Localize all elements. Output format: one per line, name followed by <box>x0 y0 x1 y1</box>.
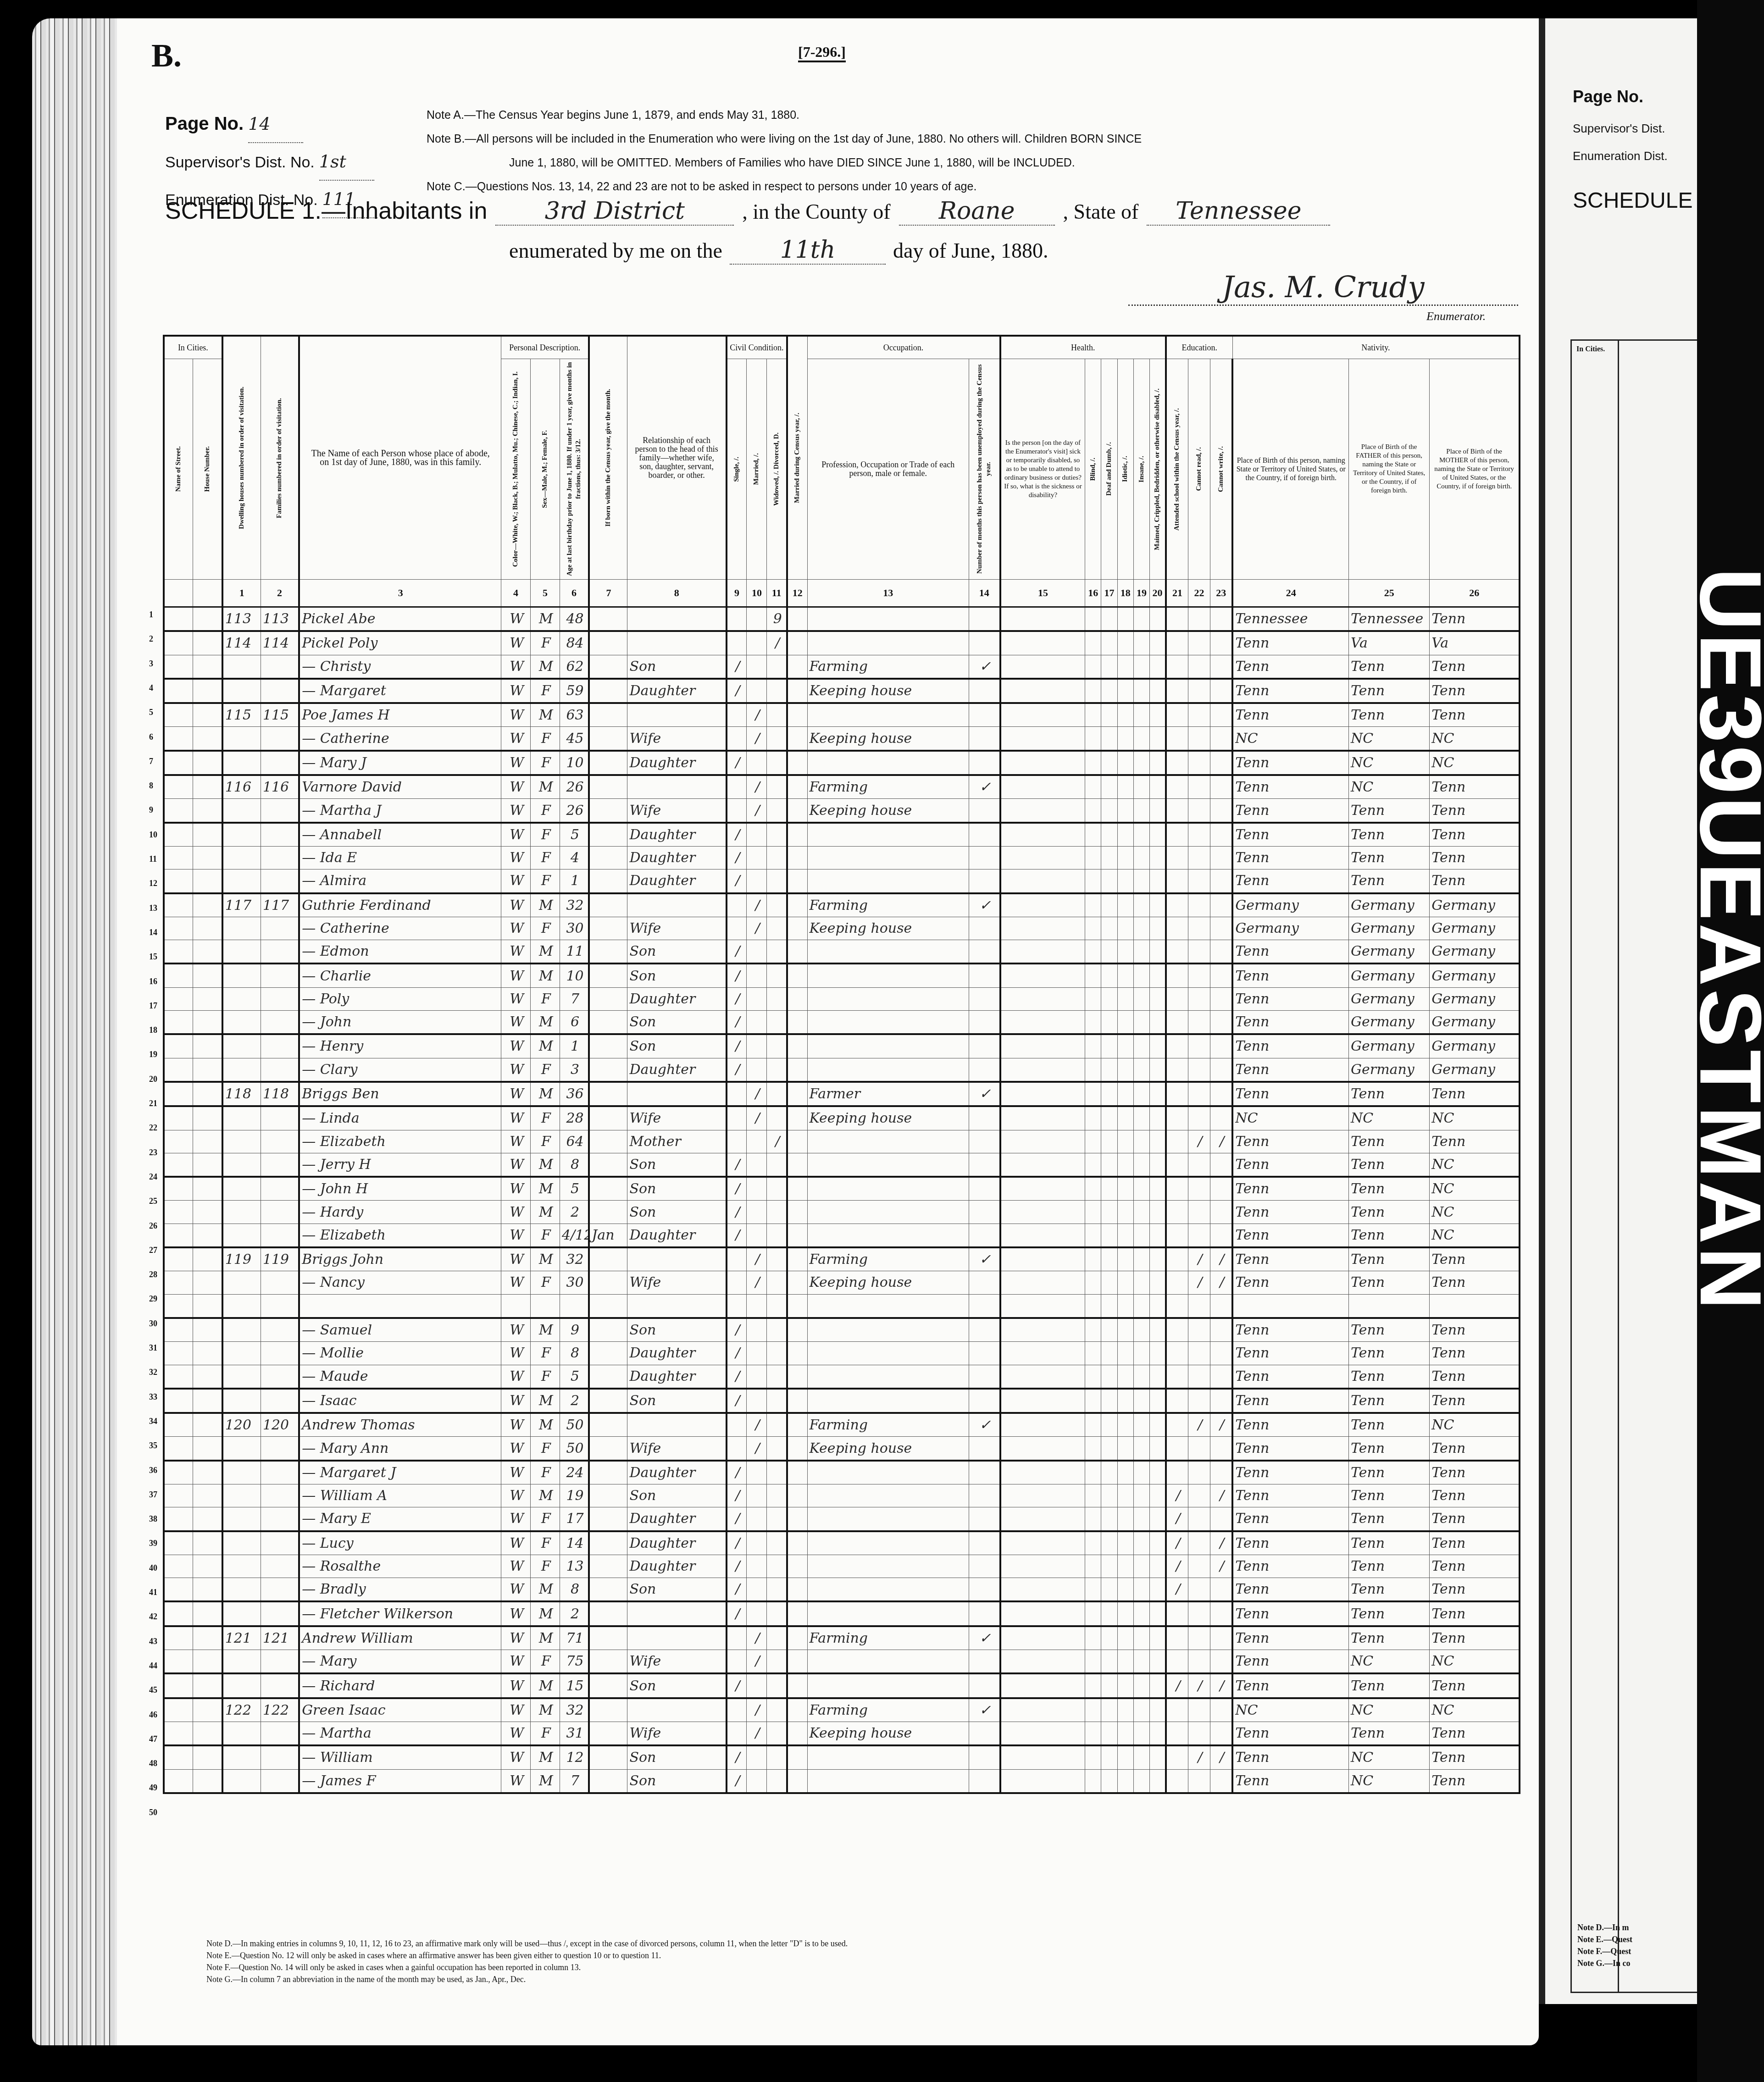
table-row: — WilliamWM12Son///TennNCTenn <box>164 1745 1520 1769</box>
cell-insane <box>1133 1247 1149 1271</box>
cell-single: / <box>727 751 747 775</box>
cell-born <box>589 679 627 703</box>
cell-occ <box>807 869 969 893</box>
cell-blind <box>1085 1601 1101 1626</box>
cell-single: / <box>727 1389 747 1413</box>
cell-blind <box>1085 1201 1101 1224</box>
table-row: — MaryWF75Wife/TennNCNC <box>164 1650 1520 1674</box>
cell-mdy <box>787 987 807 1010</box>
cell-street <box>164 1247 193 1271</box>
table-row: — William AWM19Son///TennTennTenn <box>164 1484 1520 1507</box>
cell-fam <box>261 940 299 964</box>
cell-name: Varnore David <box>299 775 501 799</box>
col-20-header: Maimed, Crippled, Bedridden, or otherwis… <box>1150 359 1166 580</box>
cell-street <box>164 1578 193 1602</box>
cell-sch <box>1166 1058 1188 1082</box>
cell-blind <box>1085 751 1101 775</box>
note-e: Note E.—Question No. 12 will only be ask… <box>206 1949 848 1961</box>
cell-pob_f: NC <box>1349 1106 1430 1130</box>
cell-read <box>1188 799 1210 823</box>
cell-mdy <box>787 1601 807 1626</box>
cell-fam <box>261 655 299 679</box>
table-row: — ChristyWM62Son/Farming✓TennTennTenn <box>164 655 1520 679</box>
cell-pob_m: Tenn <box>1430 1626 1520 1650</box>
cell-dw: 120 <box>222 1413 261 1437</box>
cell-write: / <box>1210 1745 1232 1769</box>
cell-married: / <box>747 1650 767 1674</box>
cell-write: / <box>1210 1555 1232 1578</box>
cell-sick <box>1000 1650 1085 1674</box>
cell-mdy <box>787 917 807 940</box>
cell-sex <box>531 1294 560 1318</box>
cell-occ: Keeping house <box>807 1722 969 1745</box>
cell-read <box>1188 1153 1210 1177</box>
line-number: 6 <box>149 732 153 742</box>
cell-name: — Poly <box>299 987 501 1010</box>
cell-sex: F <box>531 1650 560 1674</box>
cell-unemp <box>969 631 1000 655</box>
cell-widowed <box>767 1106 787 1130</box>
cell-dw <box>222 1224 261 1247</box>
cell-sch <box>1166 1106 1188 1130</box>
cell-pob: Tenn <box>1232 869 1348 893</box>
cell-idiot <box>1117 987 1133 1010</box>
cell-insane <box>1133 1318 1149 1342</box>
cell-maimed <box>1150 1082 1166 1106</box>
cell-single: / <box>727 655 747 679</box>
cell-name: — Rosalthe <box>299 1555 501 1578</box>
day-suffix: day of June, 1880. <box>893 238 1048 263</box>
cell-color: W <box>501 1578 531 1602</box>
line-number: 14 <box>149 928 157 937</box>
cell-street <box>164 751 193 775</box>
note-g: Note G.—In column 7 an abbreviation in t… <box>206 1973 848 1985</box>
cell-blind <box>1085 1294 1101 1318</box>
cell-married <box>747 1578 767 1602</box>
cell-maimed <box>1150 631 1166 655</box>
cell-sick <box>1000 1201 1085 1224</box>
cell-pob_f: Germany <box>1349 940 1430 964</box>
cell-sch <box>1166 917 1188 940</box>
cell-born <box>589 775 627 799</box>
cell-married: / <box>747 703 767 727</box>
cell-maimed <box>1150 1247 1166 1271</box>
cell-unemp <box>969 1177 1000 1201</box>
cell-pob: Tenn <box>1232 940 1348 964</box>
cell-sex: M <box>531 1034 560 1058</box>
cell-color: W <box>501 1247 531 1271</box>
cell-pob_m: NC <box>1430 751 1520 775</box>
cell-born <box>589 1034 627 1058</box>
line-number: 33 <box>149 1392 157 1402</box>
cell-sex: M <box>531 963 560 987</box>
line-number: 31 <box>149 1343 157 1353</box>
cell-house <box>193 846 222 869</box>
cell-born <box>589 703 627 727</box>
cell-house <box>193 1130 222 1153</box>
cell-unemp: ✓ <box>969 1413 1000 1437</box>
cell-insane <box>1133 846 1149 869</box>
cell-pob: Tenn <box>1232 1413 1348 1437</box>
cell-insane <box>1133 1106 1149 1130</box>
cell-fam <box>261 1769 299 1793</box>
cell-sch <box>1166 1461 1188 1484</box>
cell-occ <box>807 963 969 987</box>
cell-born <box>589 1601 627 1626</box>
cell-sex: F <box>531 1342 560 1365</box>
cell-house <box>193 1318 222 1342</box>
cell-street <box>164 1601 193 1626</box>
cell-age: 50 <box>560 1437 589 1461</box>
cell-widowed <box>767 1722 787 1745</box>
cell-deaf <box>1101 1365 1117 1389</box>
cell-maimed <box>1150 1626 1166 1650</box>
cell-pob: Tenn <box>1232 1011 1348 1035</box>
cell-read <box>1188 1626 1210 1650</box>
cell-rel <box>627 1413 727 1437</box>
cell-pob: Tenn <box>1232 1673 1348 1698</box>
cell-dw: 113 <box>222 607 261 631</box>
cell-pob_f: Tenn <box>1349 1626 1430 1650</box>
cell-sick <box>1000 1177 1085 1201</box>
cell-idiot <box>1117 1461 1133 1484</box>
cell-mdy <box>787 1365 807 1389</box>
cell-sex: M <box>531 703 560 727</box>
cell-mdy <box>787 940 807 964</box>
cell-blind <box>1085 1082 1101 1106</box>
cell-sch <box>1166 703 1188 727</box>
cell-mdy <box>787 1769 807 1793</box>
cell-rel: Daughter <box>627 1342 727 1365</box>
cell-fam <box>261 1153 299 1177</box>
cell-born <box>589 1722 627 1745</box>
cell-read <box>1188 1365 1210 1389</box>
cell-age: 6 <box>560 1011 589 1035</box>
cell-blind <box>1085 1130 1101 1153</box>
cell-street <box>164 799 193 823</box>
cell-pob_m: NC <box>1430 1177 1520 1201</box>
table-row: — CatherineWF45Wife/Keeping houseNCNCNC <box>164 727 1520 751</box>
cell-widowed <box>767 1058 787 1082</box>
cell-rel: Son <box>627 1034 727 1058</box>
cell-dw <box>222 1034 261 1058</box>
table-row: — Mary AnnWF50Wife/Keeping houseTennTenn… <box>164 1437 1520 1461</box>
cell-born <box>589 1745 627 1769</box>
cell-age: 7 <box>560 987 589 1010</box>
cell-name: — Bradly <box>299 1578 501 1602</box>
cell-deaf <box>1101 703 1117 727</box>
cell-age: 3 <box>560 1058 589 1082</box>
cell-street <box>164 1507 193 1531</box>
cell-sch <box>1166 940 1188 964</box>
cell-unemp <box>969 917 1000 940</box>
cell-mdy <box>787 1650 807 1674</box>
cell-fam <box>261 846 299 869</box>
cell-born <box>589 751 627 775</box>
cell-sch <box>1166 1201 1188 1224</box>
line-number: 49 <box>149 1783 157 1793</box>
cell-name: — Linda <box>299 1106 501 1130</box>
cell-name: — William <box>299 1745 501 1769</box>
cell-write <box>1210 1578 1232 1602</box>
cell-read <box>1188 1201 1210 1224</box>
cell-single: / <box>727 823 747 847</box>
cell-write <box>1210 1224 1232 1247</box>
cell-sick <box>1000 1507 1085 1531</box>
cell-sch <box>1166 963 1188 987</box>
cell-house <box>193 869 222 893</box>
cell-widowed <box>767 655 787 679</box>
cell-widowed <box>767 1153 787 1177</box>
cell-dw <box>222 1058 261 1082</box>
cell-deaf <box>1101 1011 1117 1035</box>
cell-sex: F <box>531 917 560 940</box>
cell-dw <box>222 1484 261 1507</box>
cell-name: Pickel Abe <box>299 607 501 631</box>
cell-mdy <box>787 1177 807 1201</box>
cell-color: W <box>501 1722 531 1745</box>
cell-dw <box>222 655 261 679</box>
cell-house <box>193 1437 222 1461</box>
cell-rel <box>627 1698 727 1722</box>
cell-mdy <box>787 727 807 751</box>
cell-color: W <box>501 1130 531 1153</box>
cell-mdy <box>787 1626 807 1650</box>
cell-married: / <box>747 917 767 940</box>
cell-born <box>589 1177 627 1201</box>
cell-street <box>164 1484 193 1507</box>
line-number: 18 <box>149 1025 157 1035</box>
cell-read <box>1188 1578 1210 1602</box>
cell-street <box>164 703 193 727</box>
cell-idiot <box>1117 1650 1133 1674</box>
cell-read <box>1188 1011 1210 1035</box>
cell-sick <box>1000 987 1085 1010</box>
cell-house <box>193 1106 222 1130</box>
cell-age: 10 <box>560 751 589 775</box>
cell-name <box>299 1294 501 1318</box>
cell-house <box>193 1722 222 1745</box>
cell-street <box>164 1318 193 1342</box>
cell-street <box>164 1294 193 1318</box>
cell-widowed <box>767 727 787 751</box>
cell-maimed <box>1150 1650 1166 1674</box>
cell-unemp <box>969 1201 1000 1224</box>
cell-dw <box>222 1673 261 1698</box>
cell-unemp <box>969 823 1000 847</box>
cell-widowed <box>767 1437 787 1461</box>
cell-fam <box>261 1507 299 1531</box>
cell-single <box>727 1247 747 1271</box>
cell-pob: Tenn <box>1232 987 1348 1010</box>
cell-write: / <box>1210 1413 1232 1437</box>
cell-blind <box>1085 1034 1101 1058</box>
cell-read <box>1188 987 1210 1010</box>
cell-mdy <box>787 1555 807 1578</box>
cell-unemp <box>969 1437 1000 1461</box>
cell-fam <box>261 1531 299 1555</box>
cell-widowed <box>767 1011 787 1035</box>
cell-single <box>727 1722 747 1745</box>
cell-idiot <box>1117 1437 1133 1461</box>
cell-sch <box>1166 1153 1188 1177</box>
line-number: 8 <box>149 781 153 791</box>
cell-sex: M <box>531 1673 560 1698</box>
cell-house <box>193 1484 222 1507</box>
cell-sex: F <box>531 1722 560 1745</box>
cell-idiot <box>1117 1058 1133 1082</box>
line-number: 23 <box>149 1148 157 1157</box>
cell-rel: Son <box>627 1769 727 1793</box>
cell-pob: Tenn <box>1232 1437 1348 1461</box>
cell-blind <box>1085 963 1101 987</box>
cell-age: 30 <box>560 1271 589 1294</box>
cell-sick <box>1000 1461 1085 1484</box>
cell-insane <box>1133 1555 1149 1578</box>
cell-sex: F <box>531 1531 560 1555</box>
cell-mdy <box>787 1034 807 1058</box>
cell-deaf <box>1101 1271 1117 1294</box>
cell-married <box>747 1531 767 1555</box>
cell-write: / <box>1210 1130 1232 1153</box>
cell-pob: Tenn <box>1232 631 1348 655</box>
cell-write <box>1210 823 1232 847</box>
cell-maimed <box>1150 1034 1166 1058</box>
cell-rel: Daughter <box>627 869 727 893</box>
col-4-header: Color—White, W.; Black, B.; Mulatto, Mu.… <box>501 359 531 580</box>
cell-born <box>589 1201 627 1224</box>
cell-pob: Tenn <box>1232 1058 1348 1082</box>
cell-single <box>727 1294 747 1318</box>
cell-pob: Tenn <box>1232 1130 1348 1153</box>
cell-sick <box>1000 1722 1085 1745</box>
cell-age: 10 <box>560 963 589 987</box>
cell-pob: Tenn <box>1232 1082 1348 1106</box>
cell-pob_m: Tenn <box>1430 1271 1520 1294</box>
cell-age: 1 <box>560 869 589 893</box>
cell-sch <box>1166 1271 1188 1294</box>
table-row: — Jerry HWM8Son/TennTennNC <box>164 1153 1520 1177</box>
line-number: 46 <box>149 1710 157 1720</box>
table-row: — CharlieWM10Son/TennGermanyGermany <box>164 963 1520 987</box>
cell-widowed <box>767 799 787 823</box>
col-9-header: Single, /. <box>727 359 747 580</box>
cell-born: Jan <box>589 1224 627 1247</box>
cell-unemp <box>969 1011 1000 1035</box>
cell-insane <box>1133 607 1149 631</box>
cell-pob_m: Tenn <box>1430 1461 1520 1484</box>
cell-street <box>164 1342 193 1365</box>
cell-insane <box>1133 987 1149 1010</box>
cell-deaf <box>1101 1601 1117 1626</box>
line-number: 28 <box>149 1270 157 1279</box>
cell-maimed <box>1150 869 1166 893</box>
cell-street <box>164 846 193 869</box>
cell-widowed <box>767 1507 787 1531</box>
line-number: 40 <box>149 1563 157 1573</box>
cell-insane <box>1133 679 1149 703</box>
cell-blind <box>1085 679 1101 703</box>
cell-single: / <box>727 1531 747 1555</box>
line-number: 34 <box>149 1417 157 1426</box>
cell-pob: Tenn <box>1232 751 1348 775</box>
cell-unemp <box>969 1034 1000 1058</box>
cell-house <box>193 1389 222 1413</box>
cell-age: 2 <box>560 1601 589 1626</box>
cell-married <box>747 1365 767 1389</box>
cell-fam <box>261 679 299 703</box>
cell-deaf <box>1101 940 1117 964</box>
table-row: — NancyWF30Wife/Keeping house//TennTennT… <box>164 1271 1520 1294</box>
cell-occ <box>807 1673 969 1698</box>
cell-unemp <box>969 679 1000 703</box>
cell-sick <box>1000 940 1085 964</box>
table-row: — EdmonWM11Son/TennGermanyGermany <box>164 940 1520 964</box>
cell-rel: Daughter <box>627 1058 727 1082</box>
cell-single: / <box>727 1342 747 1365</box>
cell-color: W <box>501 1698 531 1722</box>
cell-insane <box>1133 1224 1149 1247</box>
cell-pob: NC <box>1232 1698 1348 1722</box>
cell-blind <box>1085 1650 1101 1674</box>
cell-occ <box>807 1365 969 1389</box>
cell-color: W <box>501 679 531 703</box>
cell-name: — Margaret <box>299 679 501 703</box>
table-row: — RosaltheWF13Daughter///TennTennTenn <box>164 1555 1520 1578</box>
cell-widowed <box>767 1626 787 1650</box>
cell-pob_m: Tenn <box>1430 775 1520 799</box>
cell-color: W <box>501 846 531 869</box>
cell-born <box>589 1130 627 1153</box>
cell-occ: Keeping house <box>807 917 969 940</box>
cell-idiot <box>1117 893 1133 917</box>
cell-unemp: ✓ <box>969 775 1000 799</box>
cell-widowed <box>767 1673 787 1698</box>
cell-color: W <box>501 1673 531 1698</box>
cell-unemp <box>969 1153 1000 1177</box>
cell-fam <box>261 987 299 1010</box>
cell-pob_f: Tennessee <box>1349 607 1430 631</box>
cell-idiot <box>1117 1673 1133 1698</box>
group-education: Education. <box>1166 336 1232 359</box>
cell-write <box>1210 1342 1232 1365</box>
cell-dw: 121 <box>222 1626 261 1650</box>
cell-insane <box>1133 727 1149 751</box>
cell-sick <box>1000 799 1085 823</box>
cell-read <box>1188 1531 1210 1555</box>
cell-house <box>193 1342 222 1365</box>
cell-maimed <box>1150 1365 1166 1389</box>
cell-deaf <box>1101 1058 1117 1082</box>
col-2-header: Families numbered in order of visitation… <box>261 336 299 580</box>
cell-insane <box>1133 1745 1149 1769</box>
cell-rel: Son <box>627 1745 727 1769</box>
cell-deaf <box>1101 893 1117 917</box>
cell-rel: Daughter <box>627 1461 727 1484</box>
cell-insane <box>1133 1011 1149 1035</box>
cell-name: Pickel Poly <box>299 631 501 655</box>
cell-maimed <box>1150 1698 1166 1722</box>
cell-color: W <box>501 1082 531 1106</box>
cell-born <box>589 917 627 940</box>
cell-deaf <box>1101 607 1117 631</box>
cell-sex: F <box>531 1555 560 1578</box>
cell-insane <box>1133 1034 1149 1058</box>
cell-insane <box>1133 1294 1149 1318</box>
cell-age: 30 <box>560 917 589 940</box>
line-number: 47 <box>149 1734 157 1744</box>
cell-born <box>589 1342 627 1365</box>
